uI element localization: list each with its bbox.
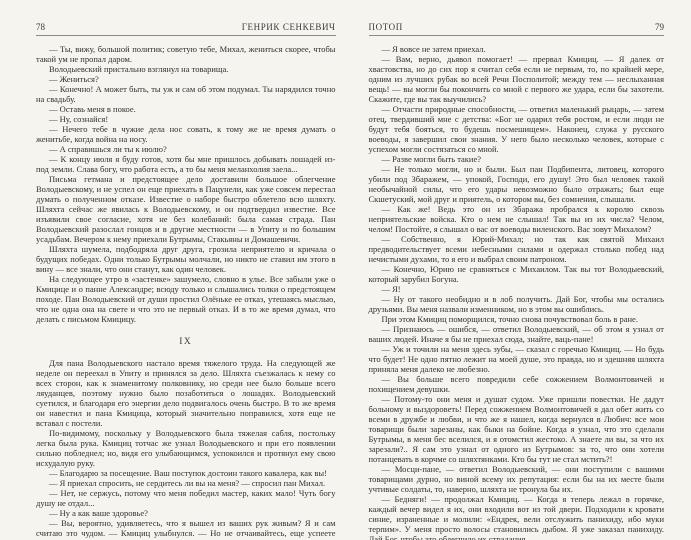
paragraph: — Мосци-пане, — ответил Володыевский, — … [369, 464, 665, 494]
paragraph: — Вы, вероятно, удивляетесь, что я вышел… [36, 518, 336, 540]
paragraph: — К концу июля я буду готов, хотя бы мне… [36, 154, 336, 174]
book-spread: 78 ГЕНРИК СЕНКЕВИЧ — Ты, вижу, большой п… [0, 0, 691, 540]
paragraph: — А справишься ли ты к июлю? [36, 144, 336, 154]
paragraph: — Не только могли, но и были. Был пан По… [369, 164, 665, 204]
page-number-left: 78 [36, 22, 45, 32]
paragraph: — Нет, не сержусь, потому что меня побед… [36, 488, 336, 508]
running-title-left: ГЕНРИК СЕНКЕВИЧ [242, 22, 336, 32]
paragraph: — Конечно, Юрию не сравняться с Михаилом… [369, 264, 665, 284]
paragraph: — Ну от такого необидно и в лоб получить… [369, 294, 665, 314]
page-header-left: 78 ГЕНРИК СЕНКЕВИЧ [36, 22, 336, 36]
running-title-right: ПОТОП [369, 22, 403, 32]
paragraph: — Собственно, я Юрий-Михал; но так как с… [369, 234, 665, 264]
page-right: ПОТОП 79 — Я вовсе не затем приехал.— Ва… [346, 0, 691, 540]
paragraph: — Я! [369, 284, 665, 294]
paragraph: — Уж и точили на меня здесь зубы, — сказ… [369, 344, 665, 374]
page-text-left: — Ты, вижу, большой политик; советую теб… [36, 44, 336, 540]
paragraph: — Нечего тебе в чужие дела нос совать, к… [36, 124, 336, 144]
paragraph: Для пана Володыевского настало время тяж… [36, 358, 336, 428]
paragraph: По-видимому, поскольку у Володыевского б… [36, 428, 336, 468]
paragraph: Шляхта шумела, подбодряла друг друга, гр… [36, 244, 336, 274]
paragraph: — Конечно! А может быть, ты уж и сам об … [36, 84, 336, 104]
paragraph: — Ну а как ваше здоровье? [36, 508, 336, 518]
paragraph: Володыевский пристально взглянул на това… [36, 64, 336, 74]
paragraph: — Разве могли быть такие? [369, 154, 665, 164]
paragraph: — Благодарю за посещение. Ваш поступок д… [36, 468, 336, 478]
paragraph: На следующее утро в «застенке» зашумело,… [36, 274, 336, 324]
paragraph: — Бедняги! — продолжал Кмициц. — Когда я… [369, 494, 665, 540]
paragraph: — Я вовсе не затем приехал. [369, 44, 665, 54]
page-header-right: ПОТОП 79 [369, 22, 665, 36]
page-left: 78 ГЕНРИК СЕНКЕВИЧ — Ты, вижу, большой п… [0, 0, 346, 540]
paragraph: — Жениться? [36, 74, 336, 84]
paragraph: При этом Кмициц поморщился, точно снова … [369, 314, 665, 324]
paragraph: — Вы больше всего повредили себе сожжени… [369, 374, 665, 394]
paragraph: — Вам, верно, дьявол помогает! — прервал… [369, 54, 665, 104]
page-number-right: 79 [655, 22, 664, 32]
chapter-heading: IX [36, 337, 336, 347]
paragraph: Письма гетмана и предстоящее дело достав… [36, 174, 336, 244]
paragraph: — Потому-то они меня и душат судом. Уже … [369, 394, 665, 464]
page-text-right: — Я вовсе не затем приехал.— Вам, верно,… [369, 44, 665, 540]
paragraph: — Я приехал спросить, не сердитесь ли вы… [36, 478, 336, 488]
paragraph: — Ты, вижу, большой политик; советую теб… [36, 44, 336, 64]
paragraph: — Признаюсь — ошибся, — ответил Володыев… [369, 324, 665, 344]
paragraph: — Отчасти природные способности, — ответ… [369, 104, 665, 154]
paragraph: — Оставь меня в покое. [36, 104, 336, 114]
paragraph: — Ну, сознайся! [36, 114, 336, 124]
paragraph: — Как же! Ведь это он из Збаража пробрал… [369, 204, 665, 234]
